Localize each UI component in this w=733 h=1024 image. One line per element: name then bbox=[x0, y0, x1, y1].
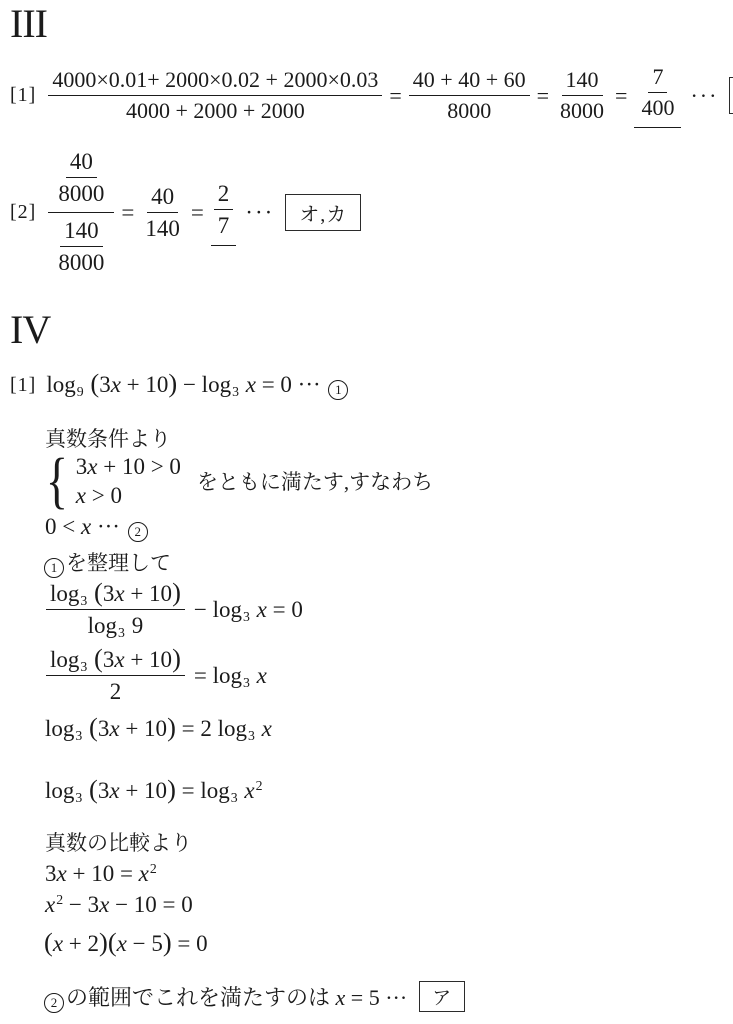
equation-rest: = log3 x bbox=[194, 663, 267, 689]
equals-sign: = bbox=[537, 83, 549, 109]
s3-item2-row: [2] 40 8000 140 8000 = 40 140 = 2 7 bbox=[10, 148, 361, 277]
step-6: x2 − 3x − 10 = 0 bbox=[45, 892, 193, 918]
equals-sign: = bbox=[615, 83, 627, 109]
equals-sign: = bbox=[389, 83, 401, 109]
numerator: log3 (3x + 10) bbox=[46, 580, 185, 610]
inner-fraction-bottom: 140 8000 bbox=[54, 217, 108, 277]
log-fraction: log3 (3x + 10) log3 9 bbox=[46, 580, 185, 640]
denominator: 140 8000 bbox=[48, 213, 114, 277]
denominator: 8000 bbox=[556, 96, 608, 125]
condition-line-1: 3x + 10 > 0 bbox=[76, 454, 181, 480]
s3-item1-row: [1] 4000×0.01+ 2000×0.02 + 2000×0.03 400… bbox=[10, 64, 733, 128]
inner-fraction-top: 40 8000 bbox=[54, 148, 108, 208]
step-3: log3 (3x + 10) = 2 log3 x bbox=[45, 716, 272, 742]
numerator: 140 bbox=[60, 217, 103, 247]
left-brace: { bbox=[46, 450, 68, 512]
condition-system-row: { 3x + 10 > 0 x > 0 をともに満たす,すなわち bbox=[42, 450, 433, 512]
conclusion-row: 2の範囲でこれを満たすのは x = 5 ··· ア bbox=[42, 981, 465, 1012]
rearrange-intro: 1を整理して bbox=[42, 547, 171, 577]
equation-1: log9 (3x + 10) − log3 x = 0 ··· 1 bbox=[46, 372, 350, 398]
numerator: 2 bbox=[214, 180, 234, 210]
conclusion-text: 2の範囲でこれを満たすのは x = 5 ··· bbox=[42, 981, 407, 1012]
compare-intro: 真数の比較より bbox=[45, 827, 192, 857]
numerator: 40 bbox=[147, 183, 178, 213]
numerator: 40 + 40 + 60 bbox=[409, 67, 530, 96]
denominator: 4000 + 2000 + 2000 bbox=[122, 96, 309, 125]
circled-number: 2 bbox=[128, 522, 148, 542]
denominator: 7 bbox=[211, 210, 237, 246]
circled-number: 2 bbox=[44, 993, 64, 1013]
answer-fraction-underlined: 7 400 bbox=[634, 64, 681, 128]
range-equation: 0 < x ··· 2 bbox=[45, 514, 150, 540]
numerator: log3 (3x + 10) bbox=[46, 646, 185, 676]
equals-sign: = bbox=[121, 200, 134, 226]
item-label: [1] bbox=[10, 84, 36, 107]
step-2-row: log3 (3x + 10) 2 = log3 x bbox=[44, 646, 267, 706]
numerator: 40 bbox=[66, 148, 97, 178]
answer-box-a: ア bbox=[419, 981, 465, 1012]
math-worksheet-page: III [1] 4000×0.01+ 2000×0.02 + 2000×0.03… bbox=[0, 0, 733, 1024]
section-iii-heading: III bbox=[10, 4, 47, 44]
answer-box-a-to-e: ア～エ bbox=[729, 77, 733, 114]
denominator: log3 9 bbox=[84, 610, 148, 640]
s4-item1-row: [1] log9 (3x + 10) − log3 x = 0 ··· 1 bbox=[10, 372, 350, 398]
equals-sign: = bbox=[191, 200, 204, 226]
denominator: 2 bbox=[106, 676, 126, 706]
system-lines: 3x + 10 > 0 x > 0 bbox=[76, 454, 181, 509]
system-note: をともに満たす,すなわち bbox=[197, 466, 433, 496]
weighted-sum-fraction: 4000×0.01+ 2000×0.02 + 2000×0.03 4000 + … bbox=[48, 67, 382, 125]
step-1-row: log3 (3x + 10) log3 9 − log3 x = 0 bbox=[44, 580, 303, 640]
numerator: 7 bbox=[648, 64, 667, 93]
step-7: (x + 2)(x − 5) = 0 bbox=[44, 931, 208, 957]
denominator: 8000 bbox=[443, 96, 495, 125]
numerator: 140 bbox=[562, 67, 603, 96]
ellipsis: ··· bbox=[245, 200, 274, 226]
nested-fraction: 40 8000 140 8000 bbox=[48, 148, 114, 277]
sum-fraction: 40 + 40 + 60 8000 bbox=[409, 67, 530, 125]
step-4: log3 (3x + 10) = log3 x2 bbox=[45, 778, 263, 804]
section-iv-heading: IV bbox=[10, 310, 50, 350]
denominator: 140 bbox=[141, 213, 184, 243]
answer-box-o-ka: オ,カ bbox=[285, 194, 361, 231]
circled-number: 1 bbox=[328, 380, 348, 400]
item-label: [2] bbox=[10, 201, 36, 224]
step-5: 3x + 10 = x2 bbox=[45, 861, 157, 887]
item-label: [1] bbox=[10, 374, 36, 397]
denominator: 8000 bbox=[54, 178, 108, 208]
condition-line-2: x > 0 bbox=[76, 483, 181, 509]
log-fraction: log3 (3x + 10) 2 bbox=[46, 646, 185, 706]
denominator: 8000 bbox=[54, 247, 108, 277]
numerator: 40 8000 bbox=[48, 148, 114, 213]
simplified-fraction: 140 8000 bbox=[556, 67, 608, 125]
answer-fraction-underlined: 2 7 bbox=[211, 180, 237, 246]
equation-rest: − log3 x = 0 bbox=[194, 597, 303, 623]
ellipsis: ··· bbox=[690, 83, 718, 109]
circled-number: 1 bbox=[44, 558, 64, 578]
numerator: 4000×0.01+ 2000×0.02 + 2000×0.03 bbox=[48, 67, 382, 96]
mid-fraction: 40 140 bbox=[141, 183, 184, 243]
denominator: 400 bbox=[634, 93, 681, 128]
